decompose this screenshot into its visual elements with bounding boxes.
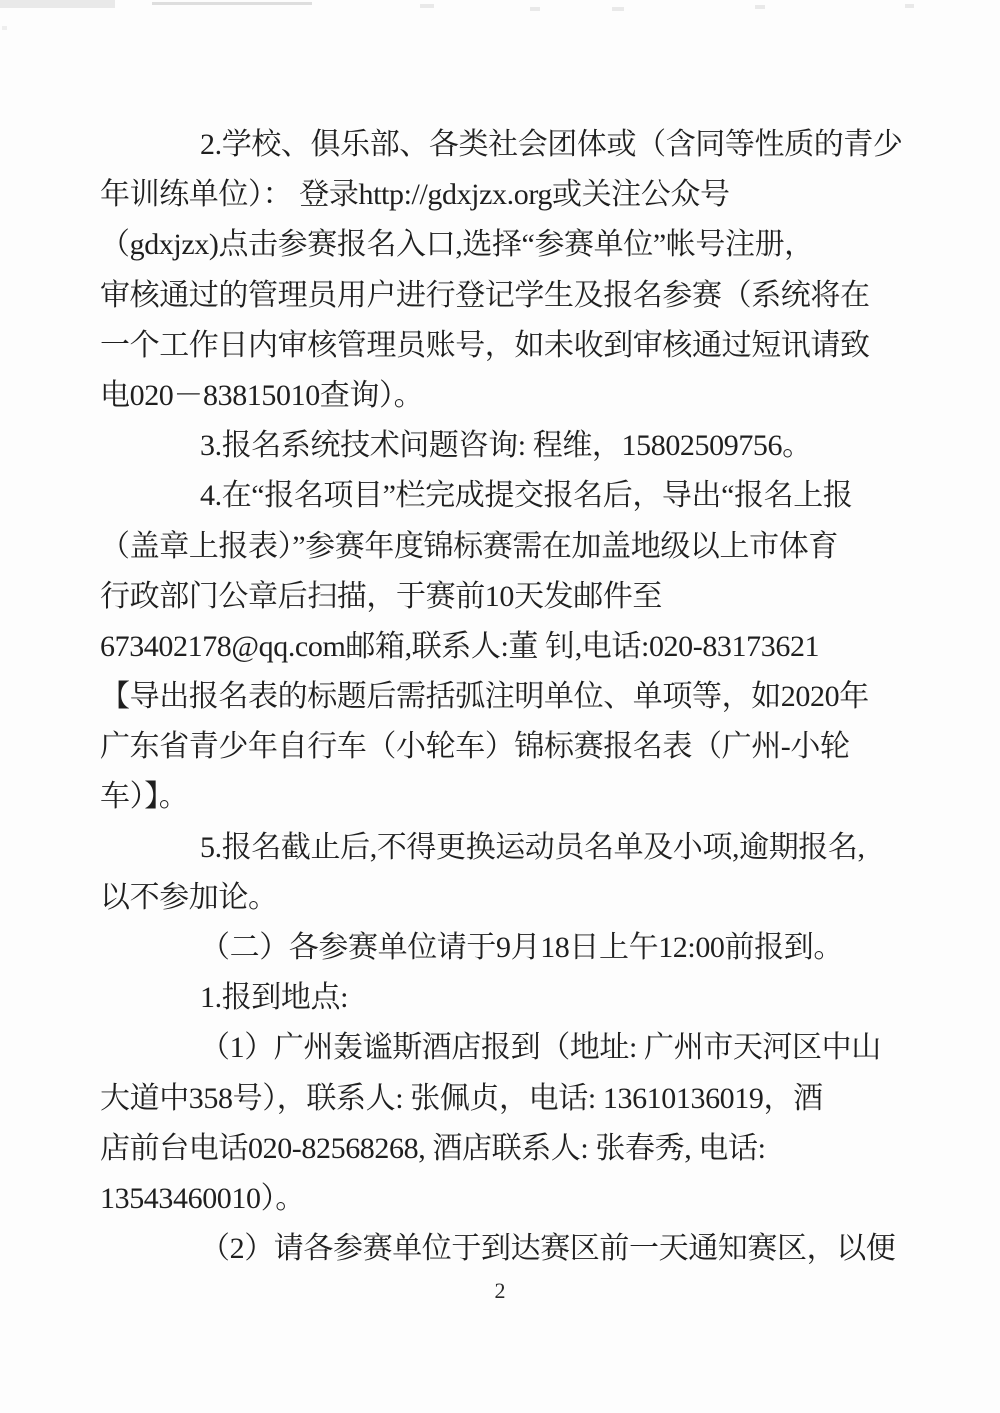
scan-artifact	[530, 7, 540, 11]
scan-artifact	[2, 26, 7, 30]
doc-line: 【导出报名表的标题后需括弧注明单位、单项等，如2020年	[100, 672, 884, 722]
doc-line: 一个工作日内审核管理员账号，如未收到审核通过短讯请致	[100, 321, 884, 371]
document-body: 2.学校、俱乐部、各类社会团体或（含同等性质的青少 年训练单位）： 登录http…	[100, 120, 884, 1274]
doc-line: 13543460010）。	[100, 1174, 884, 1224]
doc-line: 大道中358号），联系人: 张佩贞，电话: 13610136019，酒	[100, 1074, 884, 1124]
doc-line: 车）】。	[100, 772, 884, 822]
doc-line: 3.报名系统技术问题咨询: 程维，15802509756。	[100, 421, 884, 471]
doc-line: （二）各参赛单位请于9月18日上午12:00前报到。	[100, 923, 884, 973]
doc-line: 电020－83815010查询）。	[100, 371, 884, 421]
doc-line: 行政部门公章后扫描，于赛前10天发邮件至	[100, 572, 884, 622]
document-page: 2.学校、俱乐部、各类社会团体或（含同等性质的青少 年训练单位）： 登录http…	[0, 0, 1000, 1413]
scan-artifact	[0, 0, 115, 8]
doc-line: 2.学校、俱乐部、各类社会团体或（含同等性质的青少	[100, 120, 884, 170]
scan-artifact	[905, 4, 914, 8]
doc-line: 以不参加论。	[100, 873, 884, 923]
doc-line: 店前台电话020-82568268, 酒店联系人: 张春秀, 电话:	[100, 1124, 884, 1174]
doc-line: 5.报名截止后,不得更换运动员名单及小项,逾期报名,	[100, 823, 884, 873]
page-number: 2	[0, 1278, 1000, 1304]
doc-line: 审核通过的管理员用户进行登记学生及报名参赛（系统将在	[100, 271, 884, 321]
scan-artifact	[755, 5, 765, 9]
scan-artifact	[420, 4, 434, 8]
scan-artifact	[612, 7, 624, 11]
doc-line: （1）广州轰谧斯酒店报到（地址: 广州市天河区中山	[100, 1023, 884, 1073]
scan-artifact	[152, 2, 312, 5]
doc-line: （gdxjzx)点击参赛报名入口,选择“参赛单位”帐号注册，	[100, 220, 884, 270]
doc-line: 1.报到地点:	[100, 973, 884, 1023]
doc-line: （盖章上报表）”参赛年度锦标赛需在加盖地级以上市体育	[100, 522, 884, 572]
doc-line: （2）请各参赛单位于到达赛区前一天通知赛区，以便	[100, 1224, 884, 1274]
doc-line: 4.在“报名项目”栏完成提交报名后，导出“报名上报	[100, 471, 884, 521]
doc-line: 广东省青少年自行车（小轮车）锦标赛报名表（广州-小轮	[100, 722, 884, 772]
doc-line: 年训练单位）： 登录http://gdxjzx.org或关注公众号	[100, 170, 884, 220]
doc-line: 673402178@qq.com邮箱,联系人:董 钊,电话:020-831736…	[100, 622, 884, 672]
